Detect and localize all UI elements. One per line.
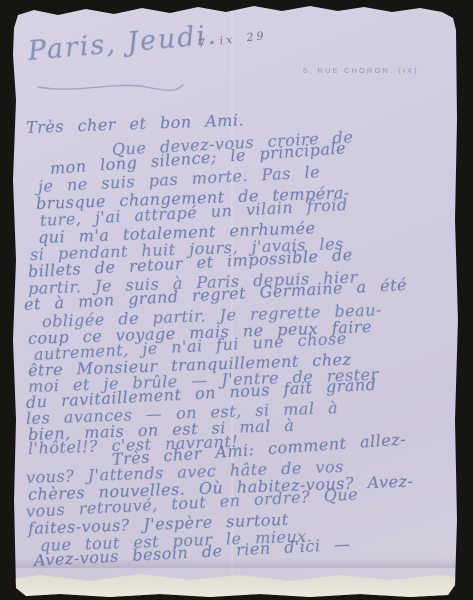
letter-body: Très cher et bon Ami.Que devez-vous croi…: [0, 0, 473, 600]
letter-paper: 6, RUE CHORON. (IX) Paris, Jeudi. 7 ix 2…: [0, 0, 473, 600]
paper-bottom-edge-shadow: [0, 558, 473, 568]
handwritten-line: Très cher et bon Ami.: [26, 110, 245, 137]
